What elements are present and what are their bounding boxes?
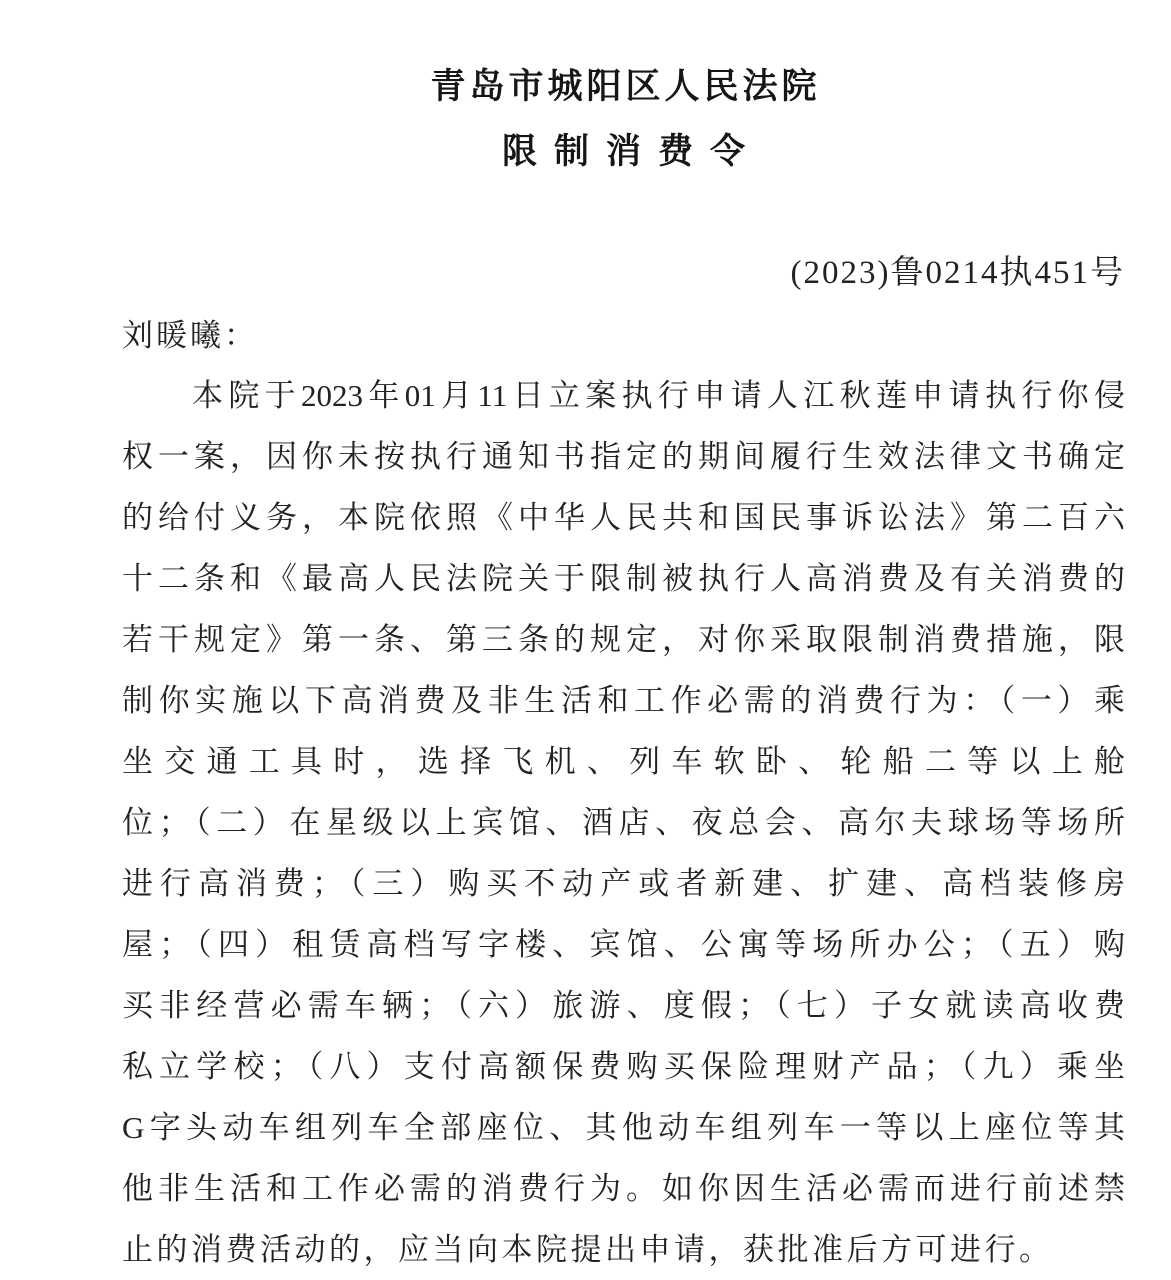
body-line: 私立学校；（八）支付高额保费购买保险理财产品；（九）乘坐 [122,1036,1125,1097]
body-line: 买非经营必需车辆；（六）旅游、度假；（七）子女就读高收费 [122,975,1125,1036]
document-title: 限制消费令 [122,133,1125,171]
body-line: 十二条和《最高人民法院关于限制被执行人高消费及有关消费的 [122,548,1125,609]
document-page: 青岛市城阳区人民法院 限制消费令 (2023)鲁0214执451号 刘暖曦： 本… [0,0,1171,1280]
case-number: (2023)鲁0214执451号 [122,255,1125,291]
body-line: 的给付义务，本院依照《中华人民共和国民事诉讼法》第二百六 [122,487,1125,548]
body-line: 制你实施以下高消费及非生活和工作必需的消费行为：（一）乘 [122,670,1125,731]
addressee-name: 刘暖曦： [122,318,1125,354]
body-line: 止的消费活动的，应当向本院提出申请，获批准后方可进行。 [122,1219,1125,1280]
body-line: 若干规定》第一条、第三条的规定，对你采取限制消费措施，限 [122,609,1125,670]
body-line: 屋；（四）租赁高档写字楼、宾馆、公寓等场所办公；（五）购 [122,914,1125,975]
body-line: 进行高消费；（三）购买不动产或者新建、扩建、高档装修房 [122,853,1125,914]
body-line: 坐交通工具时，选择飞机、列车软卧、轮船二等以上舱 [122,731,1125,792]
body-line: 他非生活和工作必需的消费行为。如你因生活必需而进行前述禁 [122,1158,1125,1219]
body-line: 位；（二）在星级以上宾馆、酒店、夜总会、高尔夫球场等场所 [122,792,1125,853]
court-name: 青岛市城阳区人民法院 [122,68,1125,106]
body-line: G字头动车组列车全部座位、其他动车组列车一等以上座位等其 [122,1097,1125,1158]
body-line: 本院于2023年01月11日立案执行申请人江秋莲申请执行你侵 [122,365,1125,426]
document-body: 本院于2023年01月11日立案执行申请人江秋莲申请执行你侵 权一案，因你未按执… [122,365,1125,1280]
body-line: 权一案，因你未按执行通知书指定的期间履行生效法律文书确定 [122,426,1125,487]
